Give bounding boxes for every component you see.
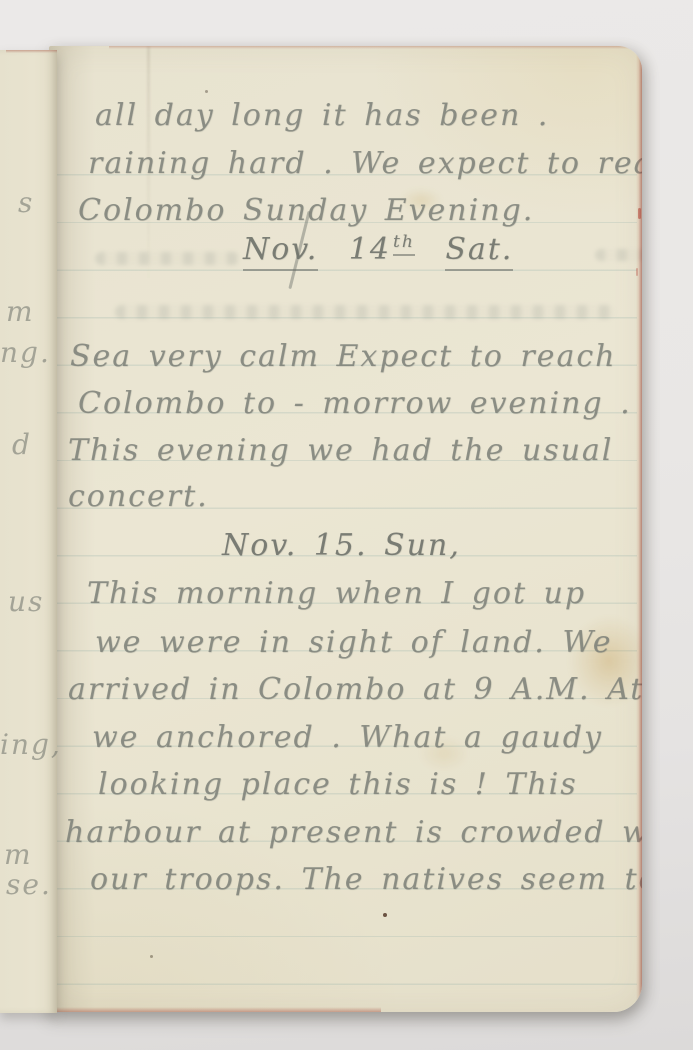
page-edge-tint: [6, 50, 57, 53]
heading-month: Nov.: [243, 232, 318, 271]
handwriting-line: we anchored . What a gaudy: [92, 720, 603, 755]
heading-day: 14th: [349, 232, 415, 267]
margin-fragment: ing,: [0, 728, 62, 761]
page-edge-tint: [636, 46, 642, 1012]
arrival-time-text: arrived in Colombo at 9 A.M. At 11.: [68, 672, 642, 707]
handwriting-line: Sea very calm Expect to reach: [70, 339, 616, 374]
margin-fragment: us: [8, 585, 44, 618]
handwriting-line: all day long it has been .: [95, 98, 549, 133]
heading-weekday: Sat.: [445, 232, 513, 271]
handwriting-layer: all day long it has been . raining hard …: [49, 46, 642, 1012]
margin-fragment: d: [12, 428, 32, 461]
handwriting-line: looking place this is ! This: [98, 767, 578, 802]
entry-date-heading: Nov. 14th Sat.: [243, 232, 513, 268]
handwriting-line: our troops. The natives seem to have: [90, 862, 642, 897]
handwriting-line: arrived in Colombo at 9 A.M. At 11.45: [68, 672, 642, 708]
heading-ordinal: th: [393, 232, 415, 256]
handwriting-line: raining hard . We expect to reach: [88, 146, 642, 181]
margin-fragment: ng.: [0, 336, 51, 369]
handwriting-line: harbour at present is crowded with: [65, 815, 642, 850]
notebook-page: all day long it has been . raining hard …: [49, 46, 642, 1012]
handwriting-line: we were in sight of land. We: [95, 625, 613, 660]
margin-fragment: m: [6, 295, 35, 328]
margin-fragment: m: [4, 838, 33, 871]
margin-fragment: s: [18, 186, 34, 219]
page-edge-tint: [51, 1007, 381, 1012]
margin-fragment: se.: [6, 868, 52, 901]
handwriting-line: This evening we had the usual: [68, 433, 613, 468]
previous-page-edge: s m ng. d us ing, m se.: [0, 50, 57, 1013]
page-edge-tint: [109, 46, 630, 49]
entry-date-heading: Nov. 15. Sun,: [222, 528, 461, 563]
handwriting-line: This morning when I got up: [87, 576, 586, 611]
handwriting-line: Colombo to - morrow evening .: [78, 386, 632, 421]
photo-background: s m ng. d us ing, m se. all day long it …: [0, 0, 693, 1050]
handwriting-line: concert.: [68, 479, 209, 514]
